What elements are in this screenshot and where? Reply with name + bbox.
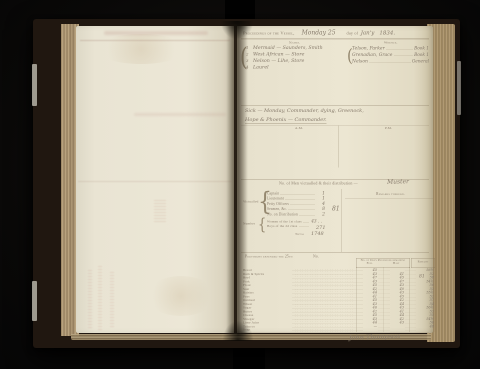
dotted-leader — [406, 308, 416, 309]
header-year: 1834. — [379, 30, 395, 37]
entries-left-list: 1 Mermaid — Saunders, Smith 2 West Afric… — [246, 45, 349, 92]
dotted-leader — [293, 282, 363, 283]
victual-bracket1-label: Victualled — [243, 200, 258, 204]
dotted-leader — [293, 319, 363, 320]
dotted-leader — [406, 316, 416, 317]
victual-row-label: Captain — [267, 192, 279, 196]
section-rule — [241, 106, 429, 107]
dotted-leader — [293, 323, 363, 324]
sick-line-2: Hope & Phoenix — Commander. — [245, 117, 327, 124]
entry-right-tag: General — [412, 59, 429, 64]
dotted-leader — [293, 312, 363, 313]
signature: John Thompson — [349, 333, 400, 342]
bleed-through-column — [98, 266, 102, 330]
victual-row2-value: 43 . . — [310, 219, 322, 224]
remarks-rule — [241, 126, 429, 127]
dotted-leader — [379, 304, 390, 305]
dotted-leader — [293, 330, 363, 331]
dotted-leader — [379, 286, 390, 287]
victual-bracket2-label: Number — [243, 222, 258, 226]
victual-side-value: 81 — [332, 205, 340, 212]
entry-number: 1 — [246, 46, 253, 51]
cradle-support-left-lower — [32, 281, 37, 321]
victual-brace-2: { — [258, 216, 266, 234]
remarks-caption-right: P.M. — [385, 126, 392, 130]
victual-flourish: Muster — [387, 178, 409, 186]
provisions-col-rule-4 — [434, 267, 435, 332]
right-page-content: Proceedings of the Vessel, Monday 25 day… — [237, 26, 433, 338]
entry-right-text: Telson, Parker — [352, 46, 385, 51]
sick-section: Sick — Monday, Commander, dying, Greenoc… — [245, 108, 425, 124]
entry-right-tag: Book 1 — [414, 53, 429, 58]
entry-text: Laurel — [253, 65, 269, 71]
dotted-leader — [293, 308, 363, 309]
entry-number: 4 — [246, 65, 253, 70]
dotted-leader — [293, 316, 363, 317]
dotted-leader — [379, 319, 390, 320]
entry-right-tag: Book 1 — [414, 46, 429, 51]
provisions-row-v2: 43 — [391, 321, 404, 325]
left-page — [76, 26, 234, 333]
victual-row-value: 2 — [316, 212, 325, 217]
column-caption-left: Names. — [289, 41, 300, 45]
provisions-row-v1: — — [364, 324, 377, 328]
victual-caption: No. of Men victualled & their distributi… — [279, 181, 358, 186]
entry-text: Nelson — Lihe, Store — [253, 58, 304, 64]
entry-line: 4 Laurel — [246, 65, 349, 72]
page-header: Proceedings of the Vessel, Monday 25 day… — [243, 29, 429, 36]
bleed-through-column — [110, 272, 114, 328]
form-title: Proceedings of the Vessel, — [243, 31, 295, 36]
dotted-leader — [406, 293, 416, 294]
entry-number: 3 — [246, 59, 253, 64]
provisions-header-col1: Full — [367, 262, 373, 265]
dotted-leader — [379, 316, 390, 317]
dotted-leader — [369, 62, 410, 63]
cradle-support-right — [457, 61, 461, 115]
dotted-leader — [379, 282, 390, 283]
dotted-leader — [379, 301, 390, 302]
victual-remarks-rule — [345, 198, 433, 199]
victual-row-label: Seamen, &c. — [267, 207, 287, 211]
victual-rows: Captain 1 Lieutenant 1 Petty Officers 4 — [267, 191, 325, 217]
dotted-leader — [379, 271, 390, 272]
dotted-leader — [406, 323, 416, 324]
expended-caption: Provisions expended the 25th — [245, 254, 293, 259]
dotted-leader — [406, 319, 416, 320]
faint-rule — [78, 181, 232, 182]
remarks-line — [341, 156, 429, 162]
dotted-leader — [281, 194, 315, 195]
sick-line-1: Sick — Monday, Commander, dying, Greenoc… — [245, 108, 425, 115]
provisions-header-remains: Remains — [412, 261, 435, 264]
dotted-leader — [406, 278, 416, 279]
victual-table: Victualled { Captain 1 Lieutenant — [243, 189, 429, 252]
dotted-leader — [406, 304, 416, 305]
cradle-support-left-upper — [32, 64, 37, 106]
dotted-leader — [289, 210, 315, 211]
provisions-header-col2: Half — [393, 262, 400, 265]
dotted-leader — [293, 289, 363, 290]
entry-text: Mermaid — Saunders, Smith — [253, 45, 323, 51]
dotted-leader — [379, 312, 390, 313]
dotted-leader — [299, 215, 314, 216]
dotted-leader — [379, 278, 390, 279]
victual-remarks-header: Remarks thereon. — [358, 192, 423, 196]
dotted-leader — [379, 330, 390, 331]
dotted-leader — [406, 297, 416, 298]
victual-row-label: Lieutenant — [267, 197, 284, 201]
dotted-leader — [406, 330, 416, 331]
dotted-leader — [299, 226, 309, 227]
victual-row-label: Petty Officers — [267, 202, 289, 206]
dotted-leader — [379, 274, 390, 275]
entry-extra-line — [246, 85, 349, 92]
provisions-annotation: 81 — [419, 274, 425, 279]
dotted-leader — [379, 323, 390, 324]
header-month-script: Jan'y — [361, 30, 375, 37]
provisions-rows: Bread 45 56½ Rum & Spirits 43 — [243, 268, 434, 332]
bleed-through-column — [88, 270, 92, 330]
victual-row2: Boys of the 2d class — [267, 224, 322, 229]
expended-no-label: No. — [313, 254, 319, 259]
dotted-leader — [379, 289, 390, 290]
entry-right-text: Nelson — [352, 59, 368, 64]
dotted-leader — [406, 286, 416, 287]
faint-rule — [80, 40, 230, 41]
dotted-leader — [394, 56, 413, 57]
page-edges-left — [39, 24, 79, 336]
header-rule — [241, 38, 429, 39]
provisions-subheaders: Full Half — [357, 262, 410, 265]
victual-total-label: Total — [295, 232, 304, 236]
remarks-line — [243, 150, 336, 156]
paper-stain — [146, 276, 216, 316]
dotted-leader — [303, 222, 308, 223]
bleed-through-header — [104, 31, 208, 35]
dotted-leader — [293, 327, 363, 328]
entry-right-text: Grenadian, Grace — [352, 53, 392, 58]
victual-row-label: No. on Distribution — [267, 212, 298, 216]
dotted-leader — [293, 286, 363, 287]
dotted-leader — [406, 301, 416, 302]
dotted-leader — [293, 278, 363, 279]
header-of-label: day of — [347, 31, 359, 36]
dotted-leader — [406, 271, 416, 272]
entry-text: West African — Store — [253, 52, 304, 58]
paper-stain — [96, 34, 186, 64]
dotted-leader — [293, 301, 363, 302]
victual-row2-label: Women of the 1st class — [267, 220, 302, 224]
header-day-script: Monday 25 — [302, 29, 336, 36]
column-caption-right: Whence. — [384, 41, 398, 45]
bleed-through-marks — [154, 200, 166, 222]
provisions-row-label: Soap — [243, 328, 291, 332]
dotted-leader — [293, 274, 363, 275]
book: Proceedings of the Vessel, Monday 25 day… — [33, 19, 460, 348]
victual-subtotal: 271 — [316, 225, 326, 231]
bottom-rule — [241, 332, 429, 333]
bleed-through-line — [134, 113, 226, 116]
victual-total-value: 1748 — [311, 231, 324, 237]
photographed-logbook-scene: Proceedings of the Vessel, Monday 25 day… — [0, 0, 480, 369]
dotted-leader — [406, 282, 416, 283]
victual-divider — [341, 189, 342, 252]
provisions-table: No. of Days Provisions remaining Full Ha… — [243, 260, 429, 333]
expended-rule — [241, 252, 429, 253]
dotted-leader — [406, 274, 416, 275]
dotted-leader — [406, 289, 416, 290]
dotted-leader — [285, 199, 314, 200]
dotted-leader — [293, 271, 363, 272]
dotted-leader — [291, 204, 315, 205]
victual-rows2: Women of the 1st class 43 . . Boys of th… — [267, 219, 322, 230]
remarks-caption-left: A.M. — [295, 126, 303, 130]
dotted-leader — [386, 49, 412, 50]
provisions-header-main: No. of Days Provisions remaining — [357, 259, 410, 263]
remarks-left-column — [243, 131, 336, 156]
dotted-leader — [379, 327, 390, 328]
remarks-divider — [338, 126, 339, 168]
provisions-row-v3: 48 — [417, 324, 434, 328]
dotted-leader — [293, 293, 363, 294]
header-rule-2 — [241, 40, 429, 41]
victual-row: No. on Distribution 2 — [267, 212, 325, 217]
entries-right-list: Telson, Parker Book 1 Grenadian, Grace B… — [352, 46, 429, 66]
dotted-leader — [379, 297, 390, 298]
dotted-leader — [379, 308, 390, 309]
dotted-leader — [406, 327, 416, 328]
dotted-leader — [379, 293, 390, 294]
dotted-leader — [293, 304, 363, 305]
entry-right-line: Nelson General — [352, 59, 429, 66]
dotted-leader — [406, 312, 416, 313]
right-page: Proceedings of the Vessel, Monday 25 day… — [237, 26, 433, 333]
victual-row2-label: Boys of the 2d class — [267, 224, 297, 228]
entry-number: 2 — [246, 52, 253, 57]
dotted-leader — [293, 297, 363, 298]
provisions-remains-box: Remains — [411, 258, 435, 268]
remarks-right-column — [341, 131, 429, 162]
